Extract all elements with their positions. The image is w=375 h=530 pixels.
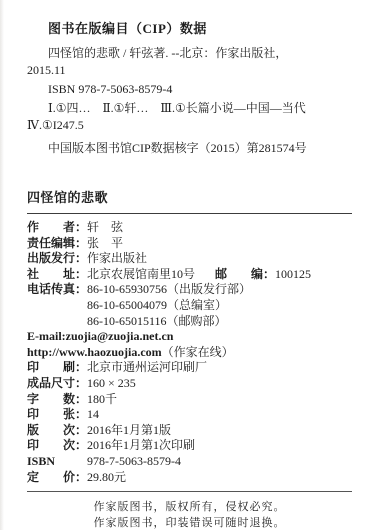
info-row-price: 定 价：29.80元 (27, 470, 352, 486)
cip-classification: Ⅰ.①四… Ⅱ.①轩… Ⅲ.①长篇小说—中国—当代 Ⅳ.①I247.5 (27, 100, 352, 134)
postcode-label: 邮 编： (215, 267, 275, 281)
info-row-phone-extra: 86-10-65004079（总编室） (27, 298, 352, 314)
row-value: 29.80元 (87, 470, 126, 484)
info-row-isbn: ISBN978-7-5063-8579-4 (27, 454, 352, 470)
book-title-header: 四怪馆的悲歌 (27, 189, 352, 214)
row-label: 社 址： (27, 267, 87, 281)
row-value: 北京农展馆南里10号 (87, 267, 195, 281)
cip-entry-line1: 四怪馆的悲歌 / 轩弦著. --北京：作家出版社， (27, 45, 352, 62)
row-value: 2016年1月第1版 (87, 423, 171, 437)
website-url: http://www.haozuojia.com (27, 345, 162, 359)
info-row-editor: 责任编辑：张 平 (27, 236, 352, 252)
info-row-author: 作 者：轩 弦 (27, 220, 352, 236)
info-row-sheets: 印 张：14 (27, 407, 352, 423)
website-note: （作家在线） (162, 345, 234, 359)
cip-publish-year: 2015.11 (27, 62, 352, 79)
row-value: 978-7-5063-8579-4 (87, 454, 181, 468)
row-label: 出版发行： (27, 251, 87, 265)
info-row-size: 成品尺寸：160 × 235 (27, 376, 352, 392)
row-value: 北京市通州运河印刷厂 (87, 360, 207, 374)
info-row-printer: 印 刷：北京市通州运河印刷厂 (27, 360, 352, 376)
info-row-publisher: 出版发行：作家出版社 (27, 251, 352, 267)
row-value: 14 (87, 407, 99, 421)
row-label: 印 张： (27, 407, 87, 421)
info-row-phone-extra: 86-10-65015116（邮购部） (27, 314, 352, 330)
row-label: 印 刷： (27, 360, 87, 374)
info-row-word-count: 字 数：180千 (27, 392, 352, 408)
cip-classification-line1: Ⅰ.①四… Ⅱ.①轩… Ⅲ.①长篇小说—中国—当代 (27, 100, 352, 117)
row-label: 定 价： (27, 470, 87, 484)
row-label: 作 者： (27, 220, 87, 234)
postcode-value: 100125 (275, 267, 311, 281)
cip-classification-line2: Ⅳ.①I247.5 (27, 117, 352, 134)
row-label: 印 次： (27, 438, 87, 452)
book-title: 四怪馆的悲歌 (27, 190, 108, 205)
info-row-edition: 版 次：2016年1月第1版 (27, 423, 352, 439)
row-label: ISBN (27, 454, 87, 470)
cip-entry: 四怪馆的悲歌 / 轩弦著. --北京：作家出版社， 2015.11 (27, 45, 352, 79)
exchange-notice: 作家版图书，印装错误可随时退换。 (27, 515, 352, 530)
row-value: 张 平 (87, 236, 123, 250)
info-row-address: 社 址：北京农展馆南里10号邮 编：100125 (27, 267, 352, 283)
info-row-website: http://www.haozuojia.com（作家在线） (27, 345, 352, 361)
footer-notices: 作家版图书，版权所有，侵权必究。 作家版图书，印装错误可随时退换。 (27, 491, 352, 530)
copyright-notice: 作家版图书，版权所有，侵权必究。 (27, 499, 352, 515)
row-value: 86-10-65930756（出版发行部） (87, 282, 251, 296)
row-label: 电话传真： (27, 282, 87, 296)
info-row-printing: 印 次：2016年1月第1次印刷 (27, 438, 352, 454)
row-value: 2016年1月第1次印刷 (87, 438, 195, 452)
cip-isbn: ISBN 978-7-5063-8579-4 (27, 81, 352, 98)
cip-record-number: 中国版本图书馆CIP数据核字（2015）第281574号 (27, 140, 352, 157)
row-value: 轩 弦 (87, 220, 123, 234)
row-value: 作家出版社 (87, 251, 147, 265)
info-row-email: E-mail:zuojia@zuojia.net.cn (27, 329, 352, 345)
book-info-list: 作 者：轩 弦 责任编辑：张 平 出版发行：作家出版社 社 址：北京农展馆南里1… (27, 220, 352, 485)
info-row-phone: 电话传真：86-10-65930756（出版发行部） (27, 282, 352, 298)
row-label: 版 次： (27, 423, 87, 437)
row-label: 字 数： (27, 392, 87, 406)
row-value: 180千 (87, 392, 117, 406)
cip-heading: 图书在版编目（CIP）数据 (48, 21, 352, 36)
row-label: 成品尺寸： (27, 376, 87, 390)
row-value: 160 × 235 (87, 376, 136, 390)
row-label: 责任编辑： (27, 236, 87, 250)
copyright-page: 图书在版编目（CIP）数据 四怪馆的悲歌 / 轩弦著. --北京：作家出版社， … (0, 0, 375, 530)
